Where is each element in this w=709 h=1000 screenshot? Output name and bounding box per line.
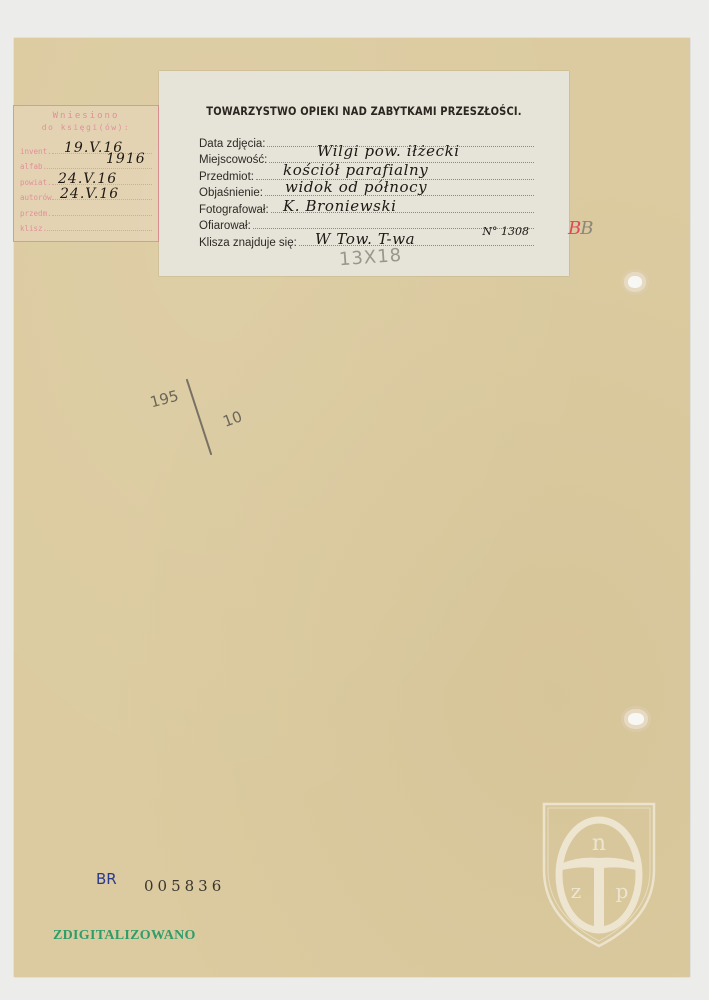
stamp-row-label: invent. xyxy=(20,147,52,156)
handwritten-subject: kościół parafialny xyxy=(283,161,428,179)
handwritten-location: Wilgi pow. iłżecki xyxy=(317,142,460,160)
plate-mark: BB xyxy=(568,218,592,239)
stamp-subheading: do księgi(ów): xyxy=(14,123,158,132)
svg-text:n: n xyxy=(592,831,606,856)
tonzp-emblem-icon: n z p xyxy=(538,800,660,950)
size-note: 13X18 xyxy=(338,245,402,270)
stamp-rows: invent. 19.V.16 alfab. 1916 powiat. 24.V… xyxy=(20,140,152,233)
stamp-heading: Wniesiono xyxy=(14,111,158,121)
stamp-row-label: autorów xyxy=(20,193,52,202)
red-mark: B xyxy=(568,218,580,239)
stamp-row-value: 1916 xyxy=(106,151,146,167)
stamp-row: przedm. xyxy=(20,202,152,218)
registration-stamp: Wniesiono do księgi(ów): invent. 19.V.16… xyxy=(13,105,159,242)
grey-mark: B xyxy=(580,218,592,239)
plate-number: N° 1308 xyxy=(482,225,529,238)
svg-text:z: z xyxy=(571,879,582,903)
paper-hole xyxy=(628,713,644,725)
handwritten-photographer: K. Broniewski xyxy=(283,197,397,215)
stamp-row: klisz. xyxy=(20,218,152,234)
stamp-row-label: klisz. xyxy=(20,224,47,233)
stamp-row: autorów 24.V.16 xyxy=(20,187,152,203)
handwritten-description: widok od północy xyxy=(285,178,427,196)
stamp-row-label: przedm. xyxy=(20,209,52,218)
stamp-row-label: alfab. xyxy=(20,162,47,171)
svg-text:p: p xyxy=(616,879,629,903)
stamp-row-value: 24.V.16 xyxy=(58,171,117,187)
stamp-row-value: 24.V.16 xyxy=(60,186,119,202)
label-title: TOWARZYSTWO OPIEKI NAD ZABYTKAMI PRZESZŁ… xyxy=(188,104,541,118)
paper-hole xyxy=(628,276,642,288)
digitized-stamp: ZDIGITALIZOWANO xyxy=(53,928,196,944)
stamp-row: powiat. 24.V.16 xyxy=(20,171,152,187)
field-photographer: Fotografował: K. Broniewski xyxy=(199,199,534,216)
br-mark: BR xyxy=(96,870,117,888)
stamp-row-label: powiat. xyxy=(20,178,52,187)
photo-label: TOWARZYSTWO OPIEKI NAD ZABYTKAMI PRZESZŁ… xyxy=(159,71,569,276)
inventory-number: 005836 xyxy=(144,877,225,895)
stamp-row: alfab. 1916 xyxy=(20,156,152,172)
